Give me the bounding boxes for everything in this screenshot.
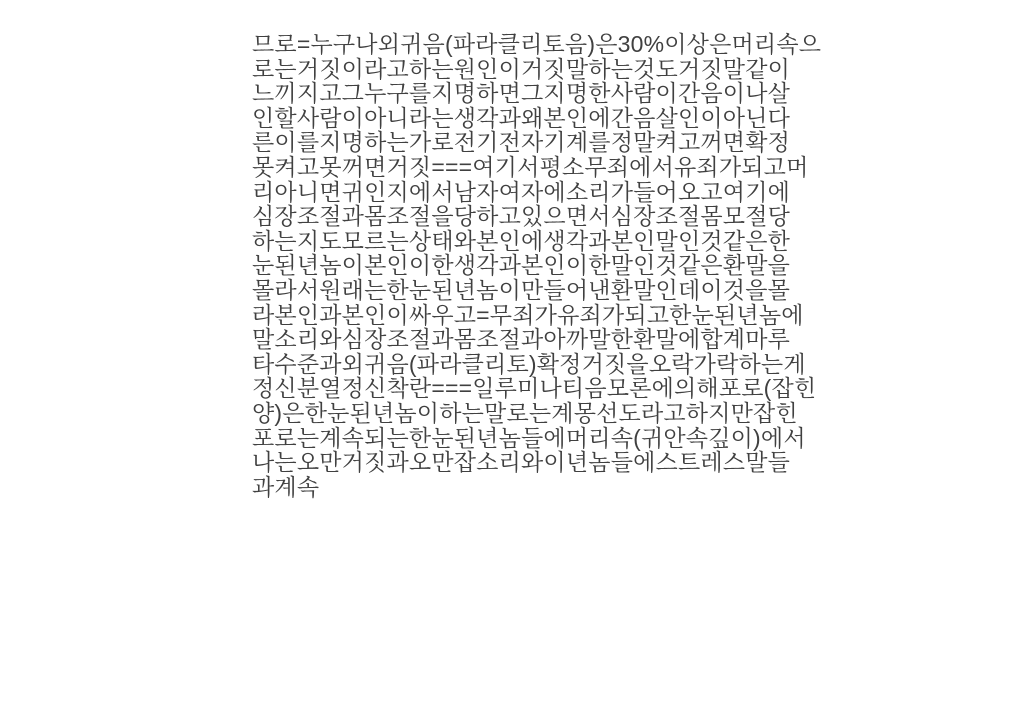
text-line: 로는거짓이라고하는원인이거짓말하는것도거짓말같이 [252,57,812,82]
text-line: 타수준과외귀음(파라클리토)확정거짓을오락가락하는게 [252,352,812,377]
text-line: 하는지도모르는상태와본인에생각과본인말인것같은한 [252,229,812,254]
text-line: 므로=누구나외귀음(파라클리토음)은30%이상은머리속으 [252,32,812,57]
text-line: 심장조절과몸조절을당하고있으면서심장조절몸모절당 [252,204,812,229]
text-line: 못켜고못꺼면거짓===여기서평소무죄에서유죄가되고머 [252,155,812,180]
text-line: 라본인과본인이싸우고=무죄가유죄가되고한눈된년놈에 [252,303,812,328]
text-line: 느끼지고그누구를지명하면그지명한사람이간음이나살 [252,81,812,106]
text-line: 나는오만거짓과오만잡소리와이년놈들에스트레스말들 [252,450,812,475]
text-line: 과계속 [252,475,812,500]
text-line: 몰라서원래는한눈된년놈이만들어낸환말인데이것을몰 [252,278,812,303]
text-line: 말소리와심장조절과몸조절과아까말한환말에합계마루 [252,327,812,352]
text-line: 인할사람이아니라는생각과왜본인에간음살인이아닌다 [252,106,812,131]
text-line: 포로는계속되는한눈된년놈들에머리속(귀안속깊이)에서 [252,426,812,451]
text-line: 정신분열정신착란===일루미나티음모론에의해포로(잡힌 [252,376,812,401]
korean-text-paragraph: 므로=누구나외귀음(파라클리토음)은30%이상은머리속으 로는거짓이라고하는원인… [252,32,812,499]
text-line: 리아니면귀인지에서남자여자에소리가들어오고여기에 [252,180,812,205]
text-line: 눈된년놈이본인이한생각과본인이한말인것같은환말을 [252,253,812,278]
page-background: 므로=누구나외귀음(파라클리토음)은30%이상은머리속으 로는거짓이라고하는원인… [0,0,1024,723]
text-line: 양)은한눈된년놈이하는말로는계몽선도라고하지만잡힌 [252,401,812,426]
text-line: 른이를지명하는가로전기전자기계를정말켜고꺼면확정 [252,130,812,155]
